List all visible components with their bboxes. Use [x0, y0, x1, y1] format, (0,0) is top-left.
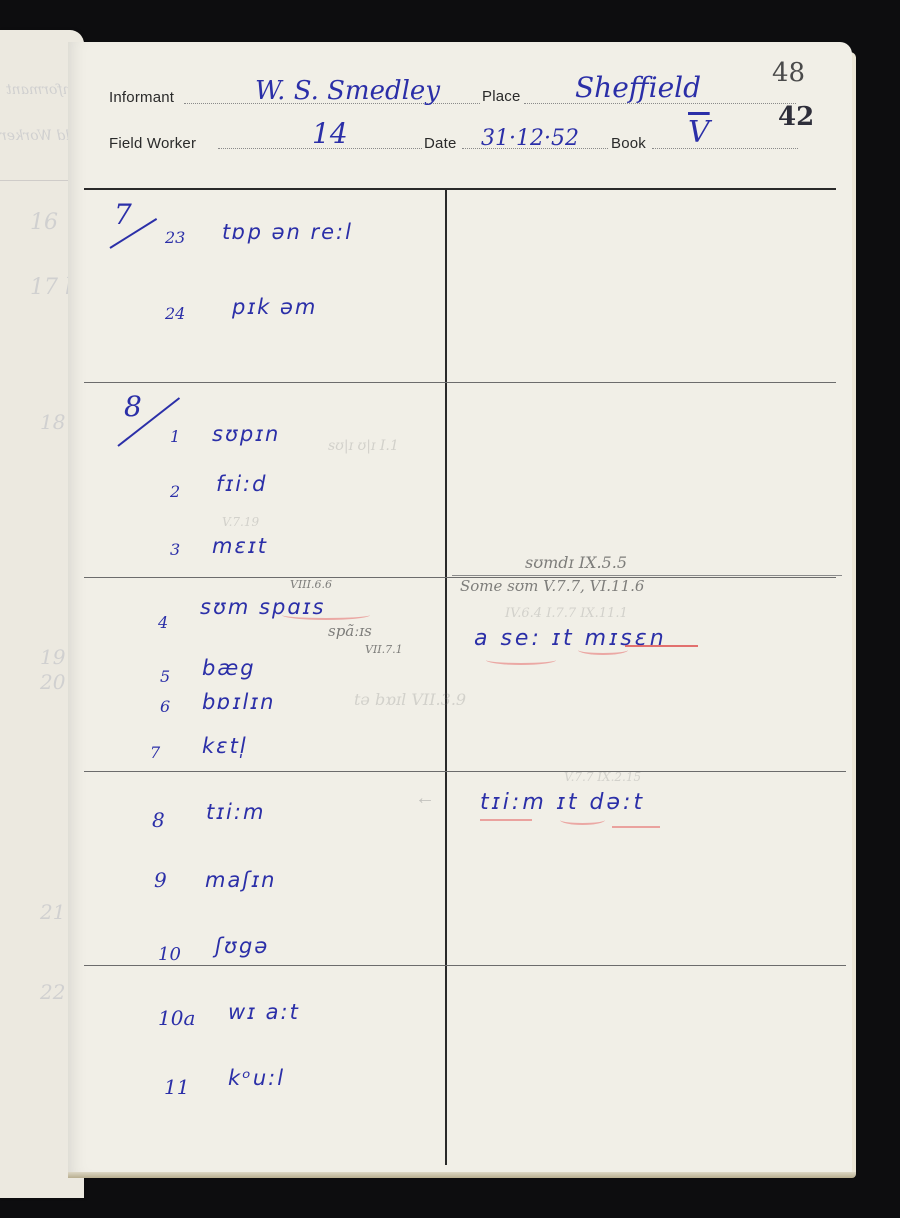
red-underline-wave [560, 815, 605, 825]
faint-pencil-note: sʊ|ɪ ʊ|ɪ I.1 [328, 438, 399, 454]
phrase-transcription: tɪi:m ɪt də:t [480, 790, 645, 815]
entry-transcription: bɒɪlɪn [202, 690, 275, 714]
red-underline [480, 819, 532, 821]
informant-label: Informant [109, 89, 174, 106]
entry-number: 11 [164, 1075, 189, 1099]
ghost-entry: 22 [40, 980, 65, 1004]
ghost-entry: 16 [30, 210, 58, 235]
entry-transcription: mɛɪt [212, 534, 268, 558]
entry-transcription: pɪk əm [232, 295, 317, 319]
entry-transcription: kᵒu:l [228, 1066, 285, 1090]
faint-pencil-note: IV.6.4 I.7.7 IX.11.1 [505, 606, 628, 621]
entry-number: 23 [165, 228, 185, 247]
entry-number: 1 [170, 427, 180, 446]
red-underline-wave [486, 655, 556, 665]
entry-transcription: tɪi:m [206, 800, 265, 824]
ghost-entry: 18 [40, 410, 65, 434]
red-underline-wave [578, 645, 628, 655]
entry-number: 4 [158, 613, 168, 632]
section-mark: 8 [124, 390, 142, 423]
notebook-page [68, 42, 852, 1174]
entry-number: 3 [170, 540, 180, 559]
ghost-entry: 20 [40, 670, 65, 694]
ghost-entry: 19 [40, 645, 65, 669]
entry-number: 5 [160, 667, 170, 686]
page-stamp-42: 42 [778, 102, 814, 132]
entry-number: 8 [152, 808, 165, 832]
column-divider [445, 190, 447, 1165]
informant-value: W. S. Smedley [255, 78, 440, 104]
section-mark: 7 [114, 198, 132, 231]
pencil-note: Some sʊm V.7.7, VI.11.6 [460, 577, 644, 595]
arrow-left-icon: ← [415, 787, 435, 810]
entry-number: 24 [165, 304, 185, 323]
entry-transcription: sʊpɪn [212, 422, 280, 446]
pencil-rule [452, 575, 842, 576]
entry-transcription: tɒp ən re:l [222, 220, 353, 244]
field-worker-value: 14 [312, 120, 348, 148]
pencil-reference: VII.7.1 [365, 643, 403, 656]
pencil-reference: VIII.6.6 [290, 578, 332, 591]
faint-pencil-note: tə bɒɪl VII.3.9 [354, 690, 466, 709]
row-divider-1 [84, 382, 836, 383]
entry-number: 9 [154, 868, 167, 892]
page-stack-bottom [68, 1172, 856, 1178]
date-label: Date [424, 135, 457, 152]
date-value: 31·12·52 [481, 128, 579, 150]
entry-transcription: kɛtl̩ [202, 734, 248, 758]
header-rule [84, 188, 836, 190]
entry-number: 2 [170, 482, 180, 501]
place-label: Place [482, 88, 521, 105]
entry-number: 10a [158, 1006, 195, 1030]
entry-transcription: wɪ a:t [228, 1000, 300, 1024]
pencil-note: sʊmdɪ IX.5.5 [525, 553, 627, 572]
pencil-variant: spãːɪs [328, 622, 372, 640]
red-underline [625, 645, 698, 647]
red-underline-wave [282, 610, 370, 620]
field-worker-label: Field Worker [109, 135, 196, 152]
red-underline [612, 826, 660, 828]
page-stamp-48: 48 [772, 58, 805, 88]
entry-transcription: ʃʊgə [215, 934, 269, 958]
row-divider-3 [84, 771, 846, 772]
entry-number: 7 [150, 743, 160, 762]
faint-pencil-note: V.7.19 [222, 515, 259, 529]
faint-pencil-note: V.7.7 IX.2.15 [564, 770, 641, 784]
entry-number: 10 [158, 944, 181, 965]
entry-transcription: maʃɪn [205, 868, 277, 892]
book-dotted-line [652, 148, 798, 149]
entry-transcription: bæg [202, 656, 256, 680]
entry-transcription: fɪi:d [216, 472, 267, 496]
entry-number: 6 [160, 697, 170, 716]
ghost-informant-label: Informant [6, 82, 77, 98]
row-divider-4 [84, 965, 846, 966]
phrase-transcription: a se: ɪt mɪsɛn [474, 626, 667, 651]
place-value: Sheffield [575, 74, 701, 102]
book-label: Book [611, 135, 646, 152]
ghost-entry: 21 [40, 900, 65, 924]
book-value: V [688, 118, 710, 148]
